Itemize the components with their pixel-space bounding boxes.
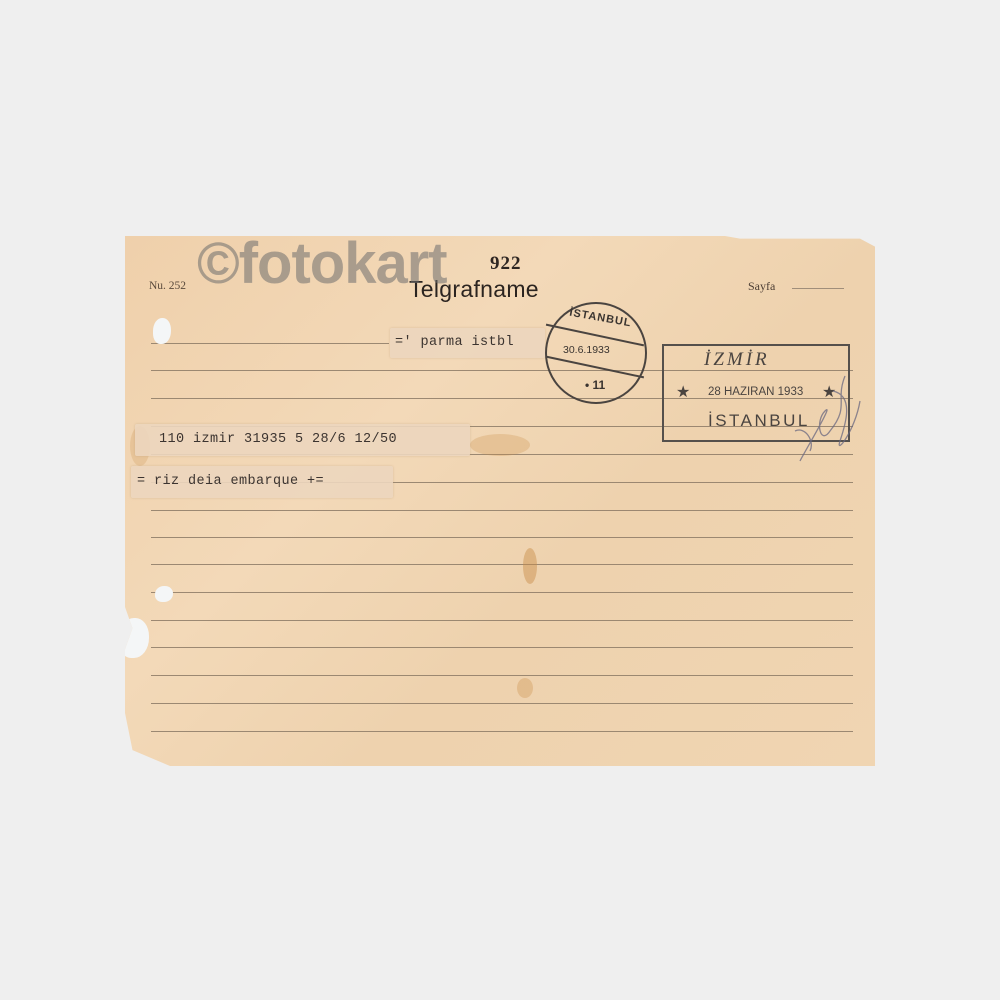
- header-text: 110 izmir 31935 5 28/6 12/50: [159, 432, 397, 447]
- form-number-label: Nu. 252: [149, 280, 186, 292]
- stain: [517, 678, 533, 698]
- ruled-line: [151, 703, 853, 704]
- stain: [470, 434, 530, 456]
- postmark-number: • 11: [585, 378, 605, 392]
- postmark-city: İSTANBUL: [568, 307, 632, 330]
- ruled-line: [151, 510, 853, 511]
- ruled-line: [151, 592, 853, 593]
- postmark-date: 30.6.1933: [563, 344, 610, 356]
- ruled-line: [151, 620, 853, 621]
- signature-scribble: [775, 371, 865, 471]
- ruled-line: [151, 647, 853, 648]
- ruled-line: [151, 537, 853, 538]
- paper-hole: [153, 318, 171, 344]
- ruled-line: [151, 675, 853, 676]
- paper-hole: [155, 586, 173, 602]
- message-text: = riz deia embarque +=: [137, 474, 324, 489]
- page-label: Sayfa: [748, 279, 775, 294]
- telegram-paper: Nu. 252 922 Telgrafname Sayfa =' parma i…: [125, 236, 875, 766]
- ruled-line: [151, 343, 389, 344]
- stain: [523, 548, 537, 584]
- ruled-line: [151, 731, 853, 732]
- paper-tear: [119, 618, 149, 658]
- stamp-origin-city: İZMİR: [704, 349, 770, 371]
- istanbul-postmark: İSTANBUL 30.6.1933 • 11: [545, 302, 647, 404]
- ruled-line: [151, 564, 853, 565]
- address-text: =' parma istbl: [395, 335, 514, 350]
- postmark-band: [546, 356, 644, 378]
- watermark: ©fotokart: [197, 230, 447, 297]
- star-icon: ★: [676, 382, 690, 402]
- serial-number: 922: [490, 253, 522, 275]
- page-field-line: [792, 288, 844, 289]
